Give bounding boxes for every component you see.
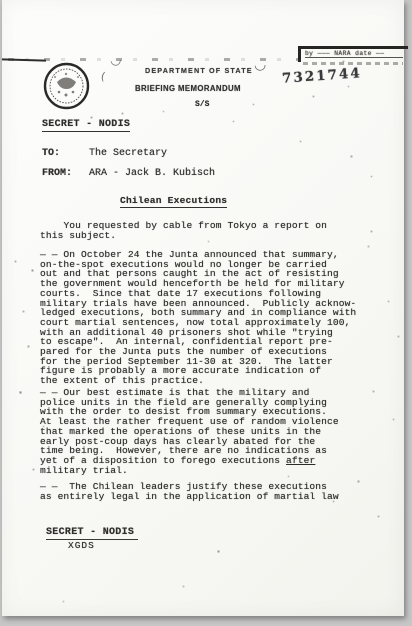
declassification-caveat: XGDS: [68, 540, 95, 551]
body-paragraph-3: — — Our best estimate is that the milita…: [40, 388, 370, 475]
body-paragraph-1: You requested by cable from Tokyo a repo…: [40, 221, 370, 240]
classification-marking-bottom: SECRET - NODIS: [46, 527, 138, 540]
department-of-state-seal-icon: [43, 62, 90, 115]
document-page: ◡ ( ◡ DEPARTMENT OF STATE BRIEFING MEMOR…: [2, 0, 404, 616]
document-type: BRIEFING MEMORANDUM: [135, 84, 241, 93]
document-number: 7321744: [282, 65, 363, 87]
to-row: TO: The Secretary: [42, 148, 167, 159]
paragraph-3-underlined-word: after: [286, 455, 315, 466]
subject-line: Chilean Executions: [120, 195, 227, 208]
to-value: The Secretary: [89, 148, 167, 159]
body-paragraph-2: — — On October 24 the Junta announced th…: [40, 250, 370, 386]
body-paragraph-4: — — The Chilean leaders justify these ex…: [40, 482, 370, 501]
pen-mark: ◡: [109, 52, 122, 68]
scan-noise: [2, 0, 3, 1]
office-symbol: S/S: [195, 100, 209, 109]
from-value: ARA - Jack B. Kubisch: [89, 168, 215, 179]
stamp-text: by ——— NARA date ——: [305, 50, 403, 58]
agency-name: DEPARTMENT OF STATE: [145, 66, 253, 75]
pen-mark: ◡: [253, 57, 266, 74]
from-row: FROM: ARA - Jack B. Kubisch: [42, 168, 215, 179]
to-label: TO:: [42, 148, 89, 159]
margin-line: [2, 58, 46, 61]
classification-marking-top: SECRET - NODIS: [42, 119, 130, 132]
from-label: FROM:: [42, 168, 89, 179]
paragraph-3-text-end: military trial.: [40, 465, 128, 476]
stamp-line: [303, 62, 403, 65]
pen-mark: (: [100, 70, 106, 84]
